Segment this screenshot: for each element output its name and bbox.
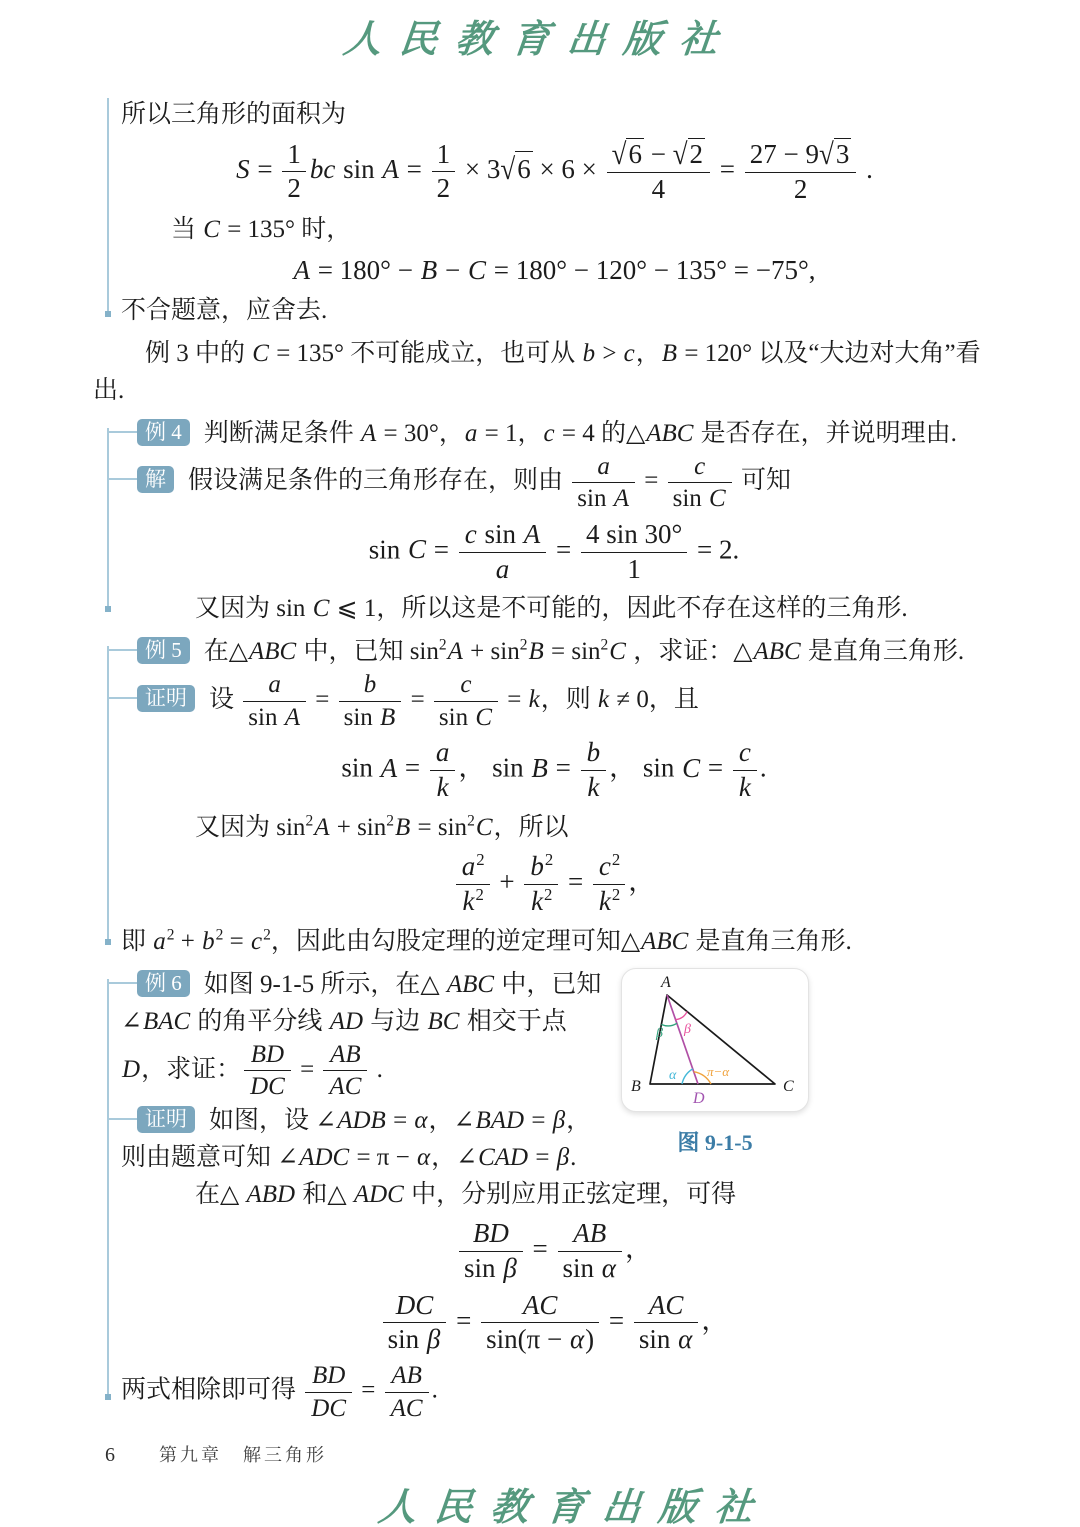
- example-5-row: 例 5在△ABC 中，已知 sin2A + sin2B = sin2C ，求证：…: [121, 633, 987, 670]
- solution-4-row: 解假设满足条件的三角形存在，则由 asin A = csin C 可知: [121, 452, 987, 514]
- section-example-6: A B C D β β α π−α 图 9-1-5 例 6如图 9-1-5 所示…: [93, 966, 987, 1423]
- page-footer: 6第九章 解三角形: [105, 1441, 327, 1467]
- figure-caption: 图 9-1-5: [621, 1124, 809, 1161]
- example-6-badge: 例 6: [137, 970, 190, 997]
- page-number: 6: [105, 1444, 115, 1466]
- point-d-label: D: [692, 1090, 705, 1107]
- formula-sinc: sin C = c sin Aa = 4 sin 30°1 = 2.: [121, 519, 987, 586]
- publisher-watermark-bottom: 人民教育出版社: [0, 1476, 1080, 1527]
- example-4-row: 例 4判断满足条件 A = 30°，a = 1，c = 4 的△ABC 是否存在…: [121, 415, 987, 452]
- figure-card: A B C D β β α π−α: [621, 968, 809, 1112]
- text-apply-sine-rule: 在△ ABD 和△ ADC 中，分别应用正弦定理，可得: [121, 1176, 987, 1213]
- proof-5-text: 设 asin A = bsin B = csin C = k，则 k ≠ 0，且: [209, 686, 699, 713]
- publisher-watermark-top: 人民教育出版社: [0, 8, 1080, 63]
- example-4-badge: 例 4: [137, 419, 190, 446]
- proof-5-row: 证明设 asin A = bsin B = csin C = k，则 k ≠ 0…: [121, 670, 987, 732]
- text-divide-conclusion: 两式相除即可得 BDDC = ABAC.: [121, 1361, 987, 1423]
- beta-right-label: β: [683, 1022, 691, 1037]
- page-content: 所以三角形的面积为 S = 12bc sin A = 12 × 3√6 × 6 …: [93, 96, 987, 1423]
- section-example-4: 例 4判断满足条件 A = 30°，a = 1，c = 4 的△ABC 是否存在…: [93, 415, 987, 628]
- text-when-c-135: 当 C = 135° 时，: [121, 211, 987, 248]
- text-since-sinc: 又因为 sin C ⩽ 1，所以这是不可能的，因此不存在这样的三角形.: [121, 590, 987, 627]
- formula-k-squared: a2k2 + b2k2 = c2k2，: [121, 851, 987, 918]
- bracket-line: [107, 979, 109, 1399]
- beta-left-label: β: [655, 1026, 663, 1041]
- text-pythagoras: 即 a2 + b2 = c2，因此由勾股定理的逆定理可知△ABC 是直角三角形.: [121, 923, 987, 960]
- triangle-diagram: A B C D β β α π−α: [622, 969, 808, 1111]
- solution-4-text: 假设满足条件的三角形存在，则由 asin A = csin C 可知: [188, 467, 791, 494]
- bracket-line: [107, 98, 109, 316]
- text-area-intro: 所以三角形的面积为: [121, 96, 987, 133]
- formula-dc-sin: DCsin β = ACsin(π − α) = ACsin α，: [121, 1290, 987, 1357]
- solution-badge: 解: [137, 466, 174, 493]
- section-continued: 所以三角形的面积为 S = 12bc sin A = 12 × 3√6 × 6 …: [93, 96, 987, 329]
- textbook-page: 人民教育出版社 所以三角形的面积为 S = 12bc sin A = 12 × …: [0, 0, 1080, 1527]
- formula-area: S = 12bc sin A = 12 × 3√6 × 6 × √6 − √24…: [121, 138, 987, 206]
- figure-9-1-5: A B C D β β α π−α 图 9-1-5: [621, 968, 987, 1161]
- formula-sin-abc: sin A = ak， sin B = bk， sin C = ck.: [121, 737, 987, 804]
- section-example-5: 例 5在△ABC 中，已知 sin2A + sin2B = sin2C ，求证：…: [93, 633, 987, 959]
- bracket-line: [107, 646, 109, 943]
- text-since-squares: 又因为 sin2A + sin2B = sin2C，所以: [121, 809, 987, 846]
- example-6-text: 如图 9-1-5 所示，在△ ABC 中，已知 ∠BAC 的角平分线 AD 与边…: [121, 971, 601, 1083]
- vertex-c-label: C: [783, 1078, 794, 1095]
- section-remark-ex3: 例 3 中的 C = 135° 不可能成立，也可从 b > c，B = 120°…: [93, 335, 987, 409]
- formula-angle-a: A = 180° − B − C = 180° − 120° − 135° = …: [121, 253, 987, 287]
- text-remark-ex3: 例 3 中的 C = 135° 不可能成立，也可从 b > c，B = 120°…: [93, 335, 987, 409]
- example-5-badge: 例 5: [137, 637, 190, 664]
- proof-badge: 证明: [137, 685, 195, 712]
- vertex-a-label: A: [660, 974, 671, 991]
- example-4-text: 判断满足条件 A = 30°，a = 1，c = 4 的△ABC 是否存在，并说…: [204, 420, 957, 447]
- chapter-title: 第九章 解三角形: [159, 1445, 327, 1465]
- alpha-label: α: [669, 1068, 677, 1083]
- text-discard: 不合题意，应舍去.: [121, 292, 987, 329]
- vertex-b-label: B: [631, 1078, 641, 1095]
- pi-minus-alpha-label: π−α: [707, 1064, 730, 1079]
- proof-badge: 证明: [137, 1106, 195, 1133]
- example-5-text: 在△ABC 中，已知 sin2A + sin2B = sin2C ，求证：△AB…: [204, 638, 964, 665]
- formula-bd-sin: BDsin β = ABsin α，: [121, 1218, 987, 1285]
- bracket-line: [107, 428, 109, 612]
